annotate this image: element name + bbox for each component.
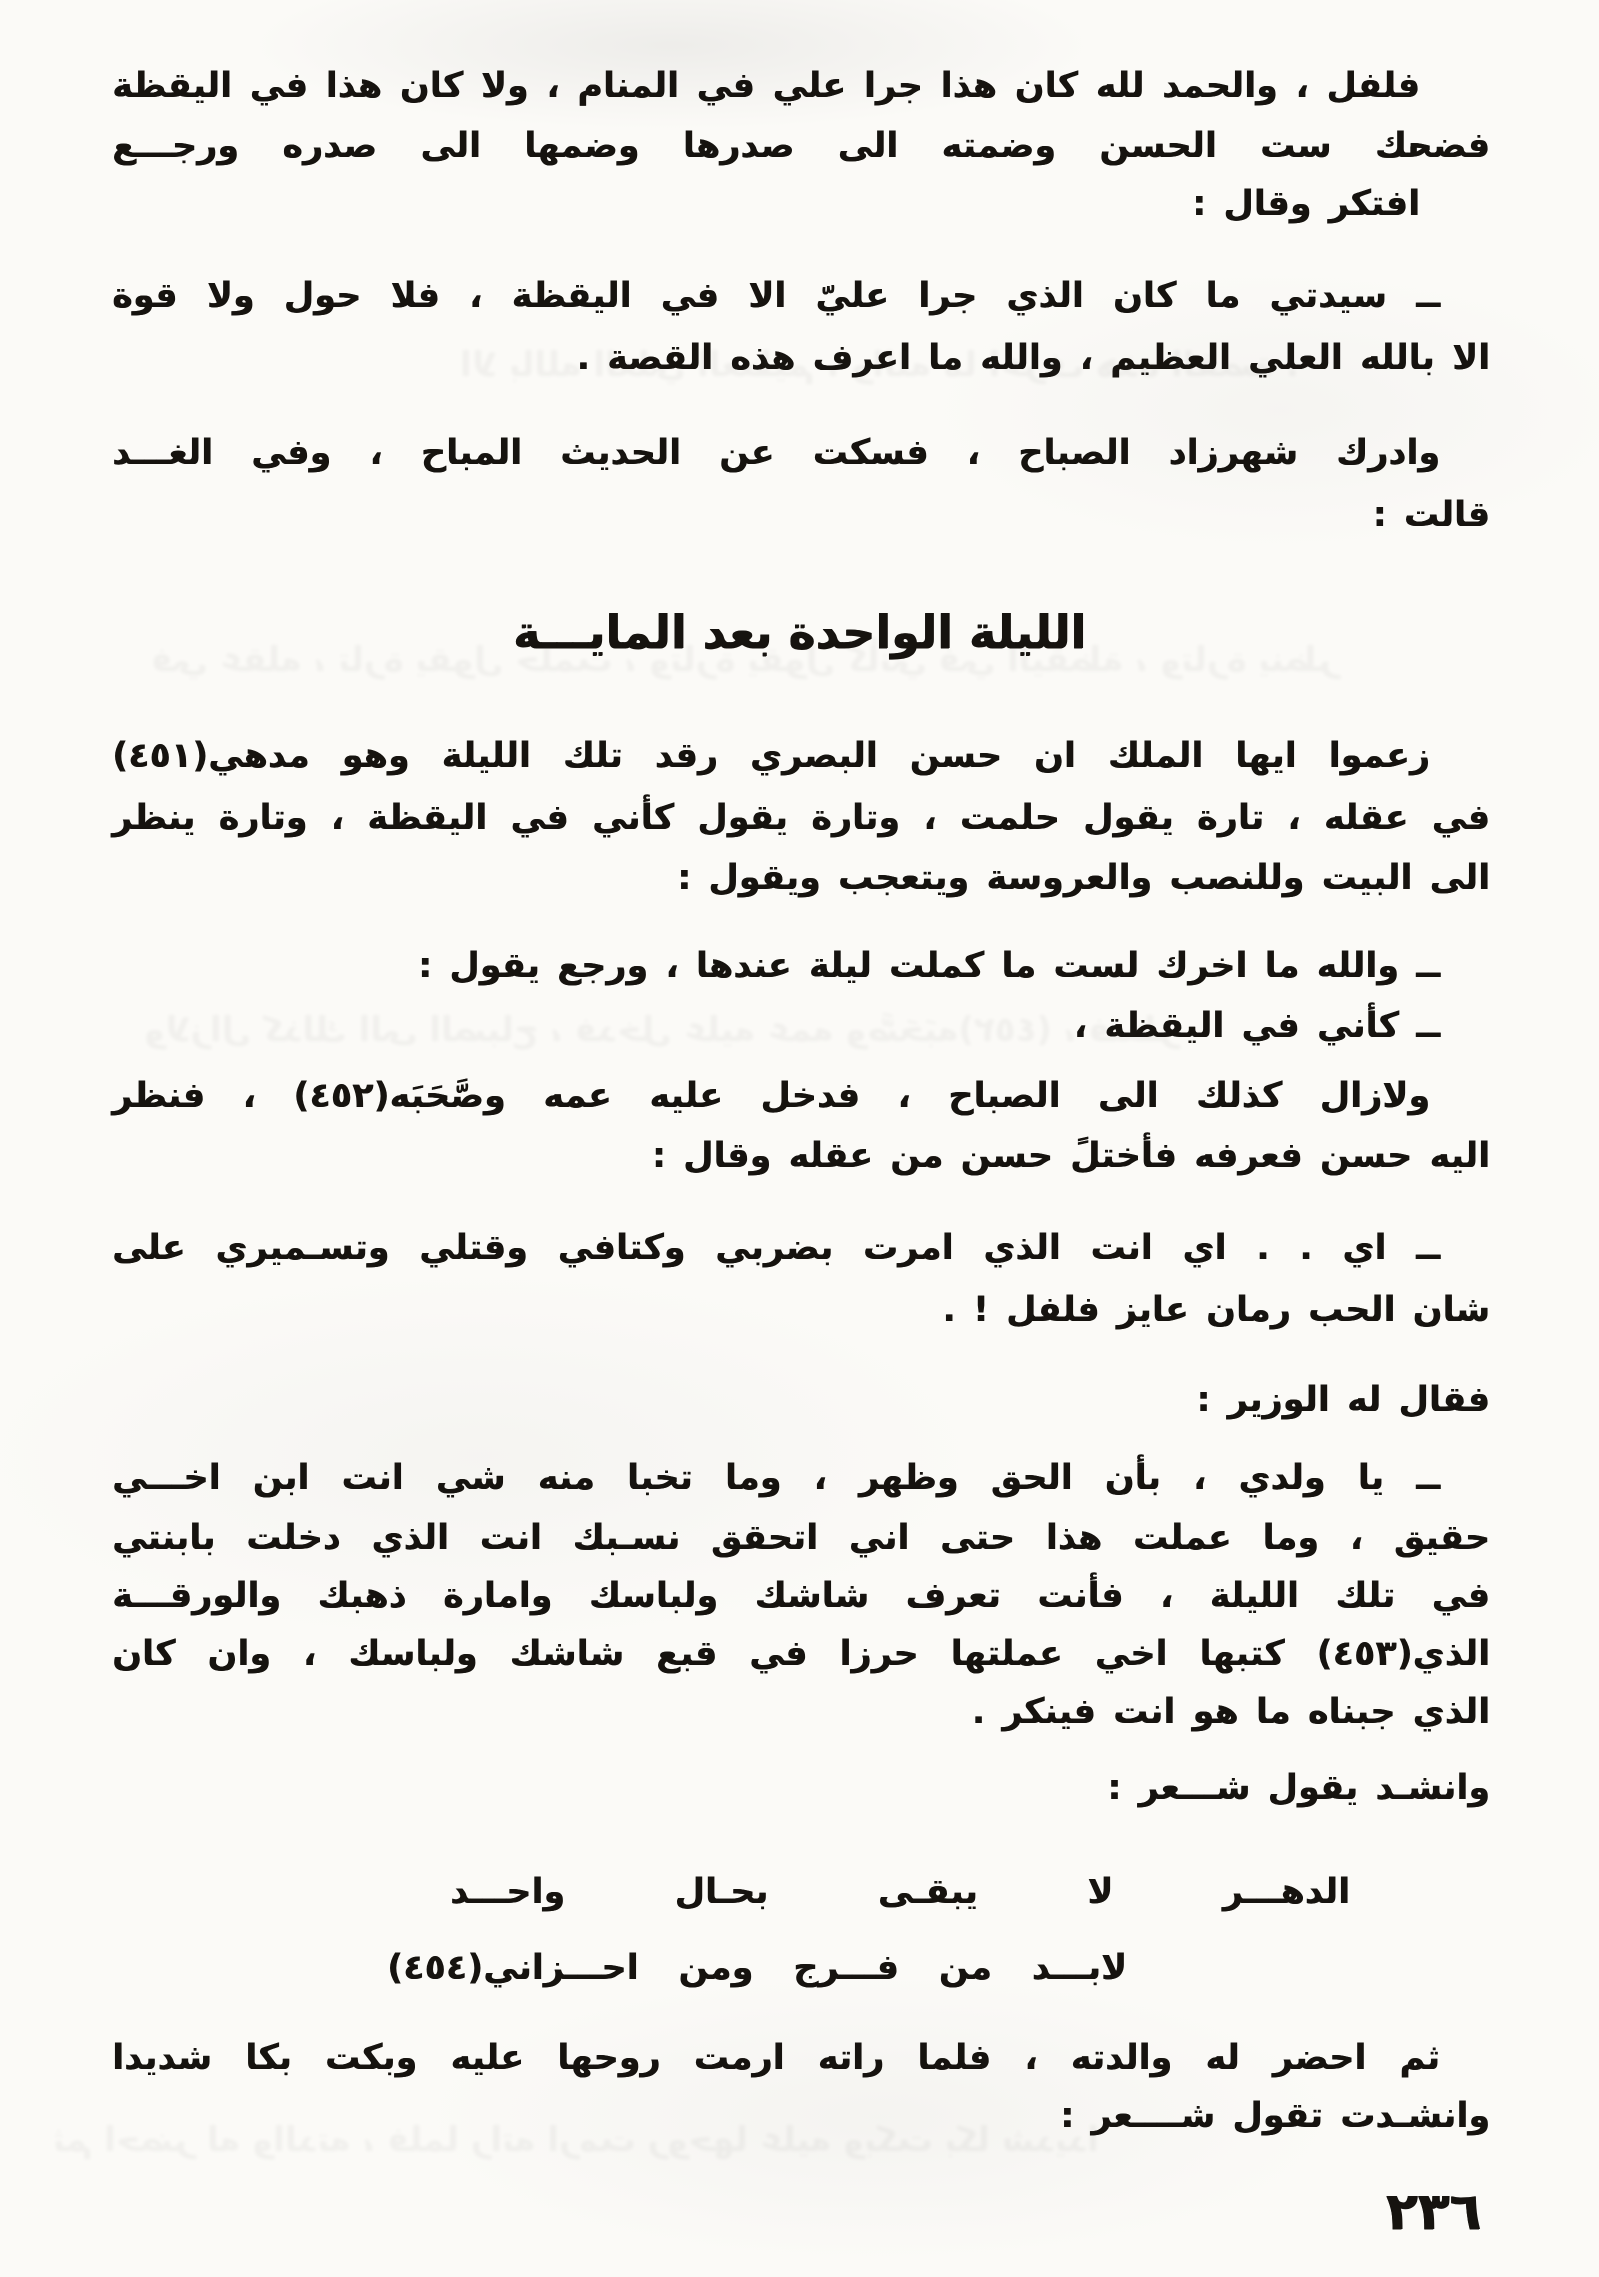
text-line-5: الا بالله العلي العظيم ، والله ما اعرف ه… xyxy=(577,330,1491,386)
text-line-4: ــ سيدتي ما كان الذي جرا عليّ الا في الي… xyxy=(112,268,1440,324)
chapter-heading: الليلة الواحدة بعد المايـــة xyxy=(0,600,1599,664)
text-line-12: ــ كأني في اليقظة ، xyxy=(1074,998,1440,1054)
text-line-3: افتكر وقال : xyxy=(1192,176,1420,232)
verse-line-1: الدهـــر لا يبقـى بحـال واحـــد xyxy=(450,1864,1350,1920)
text-line-18: ــ يا ولدي ، بأن الحق وظهر ، وما تخبا من… xyxy=(112,1450,1440,1506)
page-number: ٢٣٦ xyxy=(1386,2182,1481,2242)
text-line-20: في تلك الليلة ، فأنت تعرف شاشك ولباسك وا… xyxy=(112,1568,1490,1624)
text-line-16: شان الحب رمان عايز فلفل ! . xyxy=(942,1282,1490,1338)
verse-line-2: لابـــد من فـــرج ومن احـــزاني(٤٥٤) xyxy=(387,1940,1127,1996)
text-line-21: الذي(٤٥٣) كتبها اخي عملتها حرزا في قبع ش… xyxy=(112,1626,1490,1682)
text-line-2: فضحك ست الحسن وضمته الى صدرها وضمها الى … xyxy=(112,118,1490,174)
text-line-13: ولازال كذلك الى الصباح ، فدخل عليه عمه و… xyxy=(112,1068,1430,1124)
text-line-17: فقال له الوزير : xyxy=(1196,1372,1490,1428)
bleed-ghost-4: ثم احضر له والدته ، فلما راته ارمت روحها… xyxy=(53,2120,1099,2160)
text-line-19: حقيق ، وما عملت هذا حتى اني اتحقق نسـبك … xyxy=(112,1510,1490,1566)
text-line-24: ثم احضر له والدته ، فلما راته ارمت روحها… xyxy=(112,2030,1440,2086)
text-line-14: اليه حسن فعرفه فأختلً حسن من عقله وقال : xyxy=(652,1128,1490,1184)
text-line-8: زعموا ايها الملك ان حسن البصري رقد تلك ا… xyxy=(112,728,1430,784)
text-line-22: الذي جبناه ما هو انت فينكر . xyxy=(972,1684,1490,1740)
text-line-11: ــ والله ما اخرك لست ما كملت ليلة عندها … xyxy=(418,938,1440,994)
book-page: الليلة الواحدة بعد المايـــة فلفل ، والح… xyxy=(0,0,1599,2277)
text-line-9: في عقله ، تارة يقول حلمت ، وتارة يقول كأ… xyxy=(112,790,1490,846)
text-line-25: وانشـدت تقول شــــعر : xyxy=(1060,2088,1490,2144)
text-line-6: وادرك شهرزاد الصباح ، فسكت عن الحديث الم… xyxy=(112,425,1440,481)
text-line-23: وانشـد يقول شـــعر : xyxy=(1107,1760,1490,1816)
text-line-15: ــ اي . . اي انت الذي امرت بضربي وكتافي … xyxy=(112,1220,1440,1276)
text-line-10: الى البيت وللنصب والعروسة ويتعجب ويقول : xyxy=(677,850,1490,906)
bleed-ghost-3: ولازال كذلك الى الصباح ، فدخل عليه عمه و… xyxy=(144,1010,1179,1050)
text-line-7: قالت : xyxy=(1373,487,1490,543)
